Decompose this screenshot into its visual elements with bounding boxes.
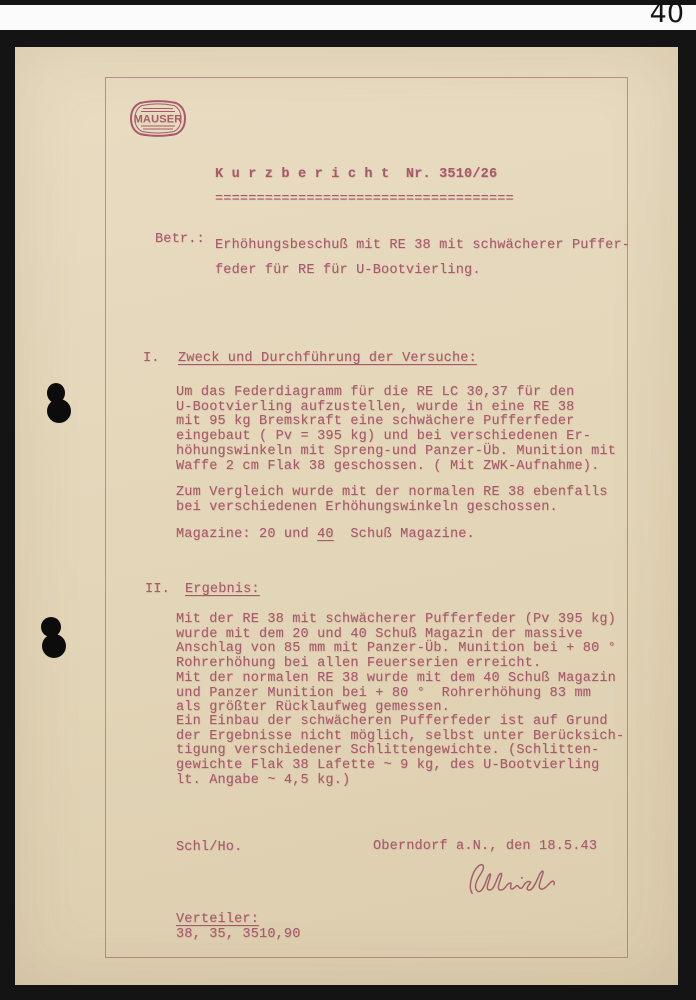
distribution-label: Verteiler:	[176, 913, 259, 928]
section1-numeral: I.	[143, 352, 160, 367]
text-line: und Panzer Munition bei + 80 ° Rohrerhöh…	[176, 687, 616, 702]
magazine-suffix: Schuß Magazine.	[334, 527, 475, 542]
document-page: MAUSER K u r z b e r i c h t Nr. 3510/26…	[15, 47, 678, 985]
text-line: lt. Angabe ~ 4,5 kg.)	[176, 774, 624, 789]
text-line: Rohrerhöhung bei allen Feuerserien errei…	[176, 657, 616, 672]
text-line: mit 95 kg Bremskraft eine schwächere Puf…	[176, 415, 616, 430]
text-line: Um das Federdiagramm für die RE LC 30,37…	[176, 386, 616, 401]
text-line: Zum Vergleich wurde mit der normalen RE …	[176, 486, 608, 501]
text-line: Anschlag von 85 mm mit Panzer-Üb. Muniti…	[176, 642, 616, 657]
section2-numeral: II.	[145, 583, 170, 598]
section2-paragraph2: Ein Einbau der schwächeren Pufferfeder i…	[176, 715, 624, 789]
title-underline: ====================================	[215, 193, 514, 208]
text-line: Mit der RE 38 mit schwächerer Pufferfede…	[176, 613, 616, 628]
text-line: Waffe 2 cm Flak 38 geschossen. ( Mit ZWK…	[176, 460, 616, 475]
author-initials: Schl/Ho.	[176, 841, 242, 856]
section1-heading: Zweck und Durchführung der Versuche:	[178, 352, 477, 367]
text-line: bei verschiedenen Erhöhungswinkeln gesch…	[176, 501, 608, 516]
subject-label: Betr.:	[155, 233, 205, 248]
section2-paragraph1: Mit der RE 38 mit schwächerer Pufferfede…	[176, 613, 616, 716]
text-line: eingebaut ( Pv = 395 kg) und bei verschi…	[176, 430, 616, 445]
text-line: höhungswinkeln mit Spreng-und Panzer-Üb.…	[176, 445, 616, 460]
text-line: Erhöhungsbeschuß mit RE 38 mit schwächer…	[215, 233, 630, 258]
text-line: gewichte Flak 38 Lafette ~ 9 kg, des U-B…	[176, 759, 624, 774]
text-line: tigung verschiedener Schlittengewichte. …	[176, 744, 624, 759]
logo-text: MAUSER	[134, 114, 183, 126]
section1-paragraph1: Um das Federdiagramm für die RE LC 30,37…	[176, 386, 616, 474]
subject-text: Erhöhungsbeschuß mit RE 38 mit schwächer…	[215, 233, 630, 284]
text-line: Mit der normalen RE 38 wurde mit dem 40 …	[176, 672, 616, 687]
punch-hole-top	[42, 380, 74, 430]
section2-heading: Ergebnis:	[185, 583, 260, 598]
mauser-logo: MAUSER	[130, 99, 186, 138]
scan-header-strip	[0, 5, 696, 30]
magazine-prefix: Magazine: 20 und	[176, 527, 317, 542]
section1-paragraph2: Zum Vergleich wurde mit der normalen RE …	[176, 486, 608, 515]
text-line: Ein Einbau der schwächeren Pufferfeder i…	[176, 715, 624, 730]
place-and-date: Oberndorf a.N., den 18.5.43	[373, 840, 597, 855]
punch-hole-bottom	[38, 616, 70, 666]
signature	[465, 858, 560, 900]
magazine-line: Magazine: 20 und 40 Schuß Magazine.	[176, 528, 475, 543]
report-title: K u r z b e r i c h t Nr. 3510/26	[215, 168, 497, 183]
page-number: 40	[650, 0, 684, 30]
text-line: feder für RE für U-Bootvierling.	[215, 258, 630, 283]
page-frame-border	[105, 77, 628, 958]
magazine-count-underlined: 40	[317, 527, 334, 542]
distribution-values: 38, 35, 3510,90	[176, 928, 301, 943]
